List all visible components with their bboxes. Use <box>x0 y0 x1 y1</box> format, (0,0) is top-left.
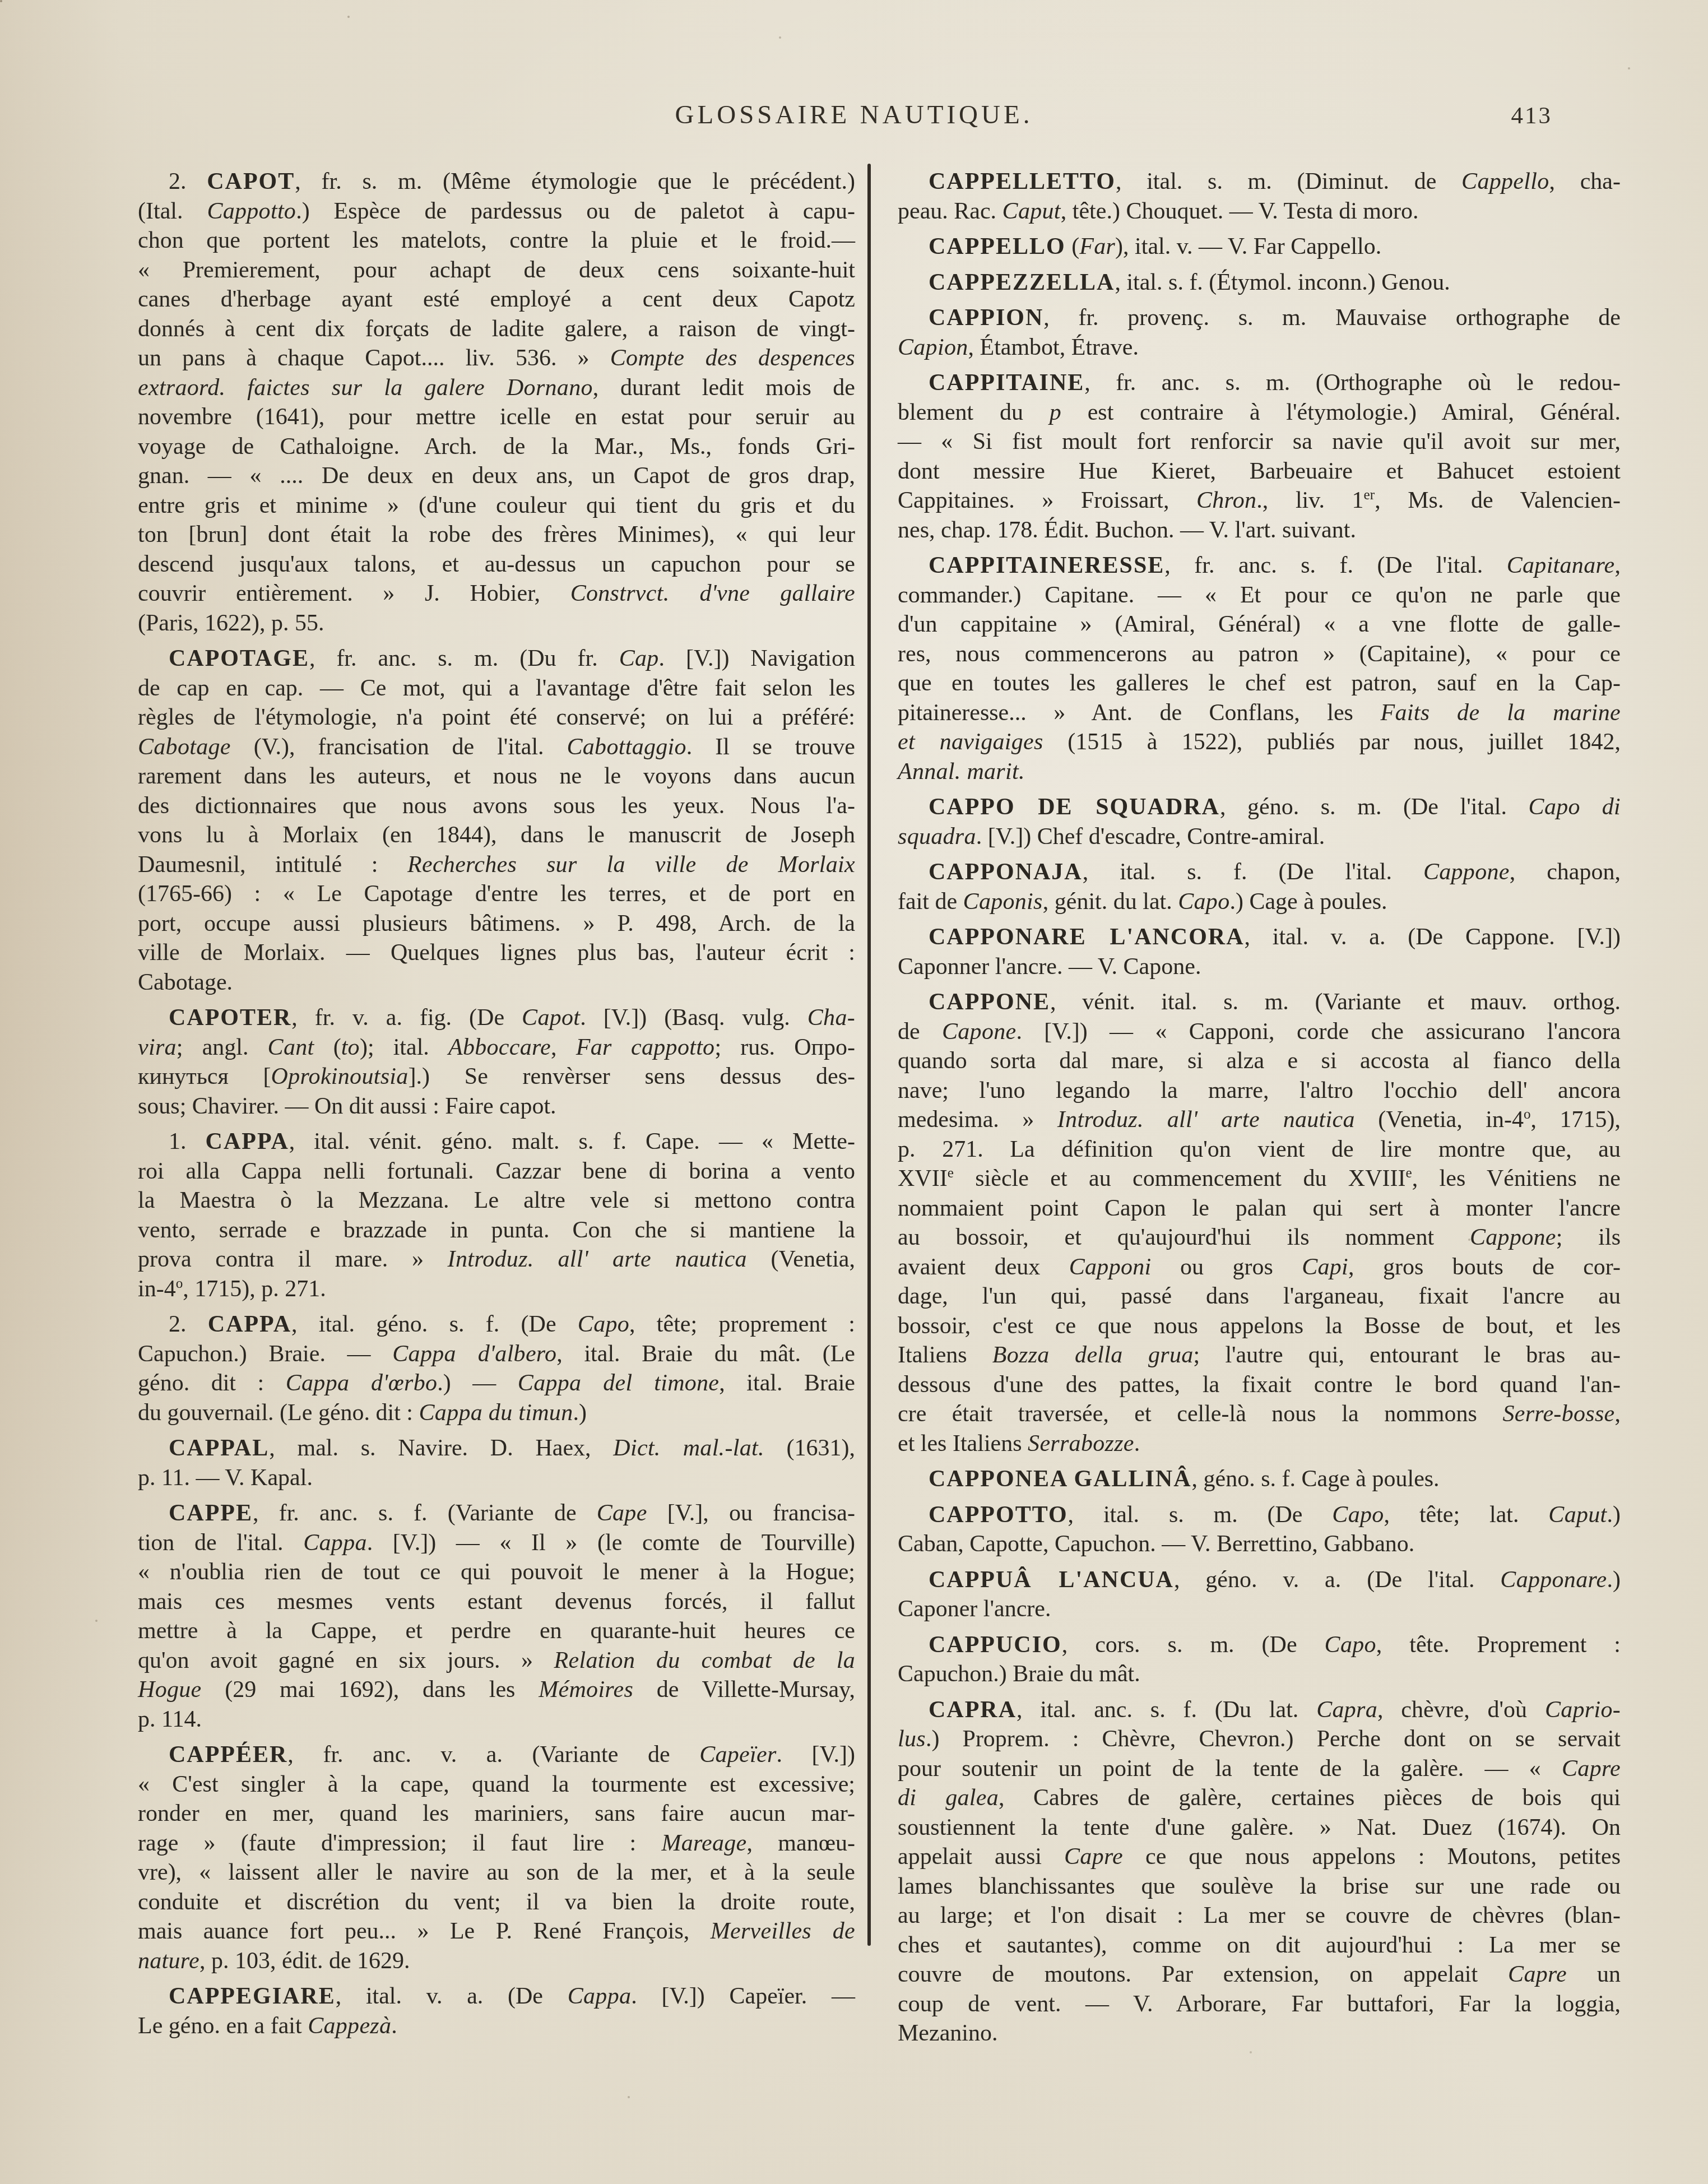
text-line: commander.) Capitane. — « Et pour ce qu'… <box>898 581 1621 610</box>
text-line: « n'oublia rien de tout ce qui pouvoit l… <box>138 1557 855 1587</box>
text-line: CAPPELLETTO, ital. s. m. (Diminut. de Ca… <box>898 167 1621 197</box>
text-line: mais auance fort peu... » Le P. René Fra… <box>138 1917 855 1946</box>
glossary-entry: CAPPUÂ L'ANCUA, géno. v. a. (De l'ital. … <box>898 1565 1621 1624</box>
text-line: mais ces mesmes vents estant devenus for… <box>138 1587 855 1617</box>
text-line: CAPPONAJA, ital. s. f. (De l'ital. Cappo… <box>898 857 1621 887</box>
text-line: voyage de Cathaloigne. Arch. de la Mar.,… <box>138 432 855 462</box>
text-line: de Capone. [V.]) — « Capponi, corde che … <box>898 1017 1621 1047</box>
text-line: CAPPAL, mal. s. Navire. D. Haex, Dict. m… <box>138 1434 855 1463</box>
glossary-entry: CAPPEZZELLA, ital. s. f. (Étymol. inconn… <box>898 268 1621 298</box>
text-line: Cabotage (V.), francisation de l'ital. C… <box>138 732 855 762</box>
glossary-entry: CAPOTAGE, fr. anc. s. m. (Du fr. Cap. [V… <box>138 644 855 997</box>
text-line: CAPPÉER, fr. anc. v. a. (Variante de Cap… <box>138 1740 855 1770</box>
text-line: Hogue (29 mai 1692), dans les Mémoires d… <box>138 1675 855 1705</box>
text-line: Capion, Étambot, Étrave. <box>898 333 1621 363</box>
text-line: CAPPITAINERESSE, fr. anc. s. f. (De l'it… <box>898 551 1621 581</box>
text-line: CAPPELLO (Far), ital. v. — V. Far Cappel… <box>898 232 1621 262</box>
text-line: ton [brun] dont était la robe des frères… <box>138 520 855 550</box>
text-line: CAPPITAINE, fr. anc. s. m. (Orthographe … <box>898 368 1621 398</box>
glossary-entry: CAPPION, fr. provenç. s. m. Mauvaise ort… <box>898 303 1621 362</box>
text-line: res, nous commencerons au patron » (Capi… <box>898 639 1621 669</box>
text-line: du gouvernail. (Le géno. dit : Cappa du … <box>138 1398 855 1428</box>
glossary-entry: CAPPONARE L'ANCORA, ital. v. a. (De Capp… <box>898 922 1621 981</box>
text-line: CAPOTER, fr. v. a. fig. (De Capot. [V.])… <box>138 1003 855 1033</box>
text-line: prova contra il mare. » Introduz. all' a… <box>138 1245 855 1274</box>
text-line: nave; l'uno legando la marre, l'altro l'… <box>898 1076 1621 1106</box>
text-line: entre gris et minime » (d'une couleur qu… <box>138 491 855 521</box>
text-line: Daumesnil, intitulé : Recherches sur la … <box>138 850 855 880</box>
glossary-entry: CAPPUCIO, cors. s. m. (De Capo, tête. Pr… <box>898 1630 1621 1689</box>
text-line: p. 114. <box>138 1705 855 1735</box>
scanned-book-page: GLOSSAIRE NAUTIQUE. 413 2. CAPOT, fr. s.… <box>0 0 1708 2184</box>
glossary-entry: 2. CAPOT, fr. s. m. (Même étymologie que… <box>138 167 855 638</box>
text-line: (1765-66) : « Le Capotage d'entre les te… <box>138 879 855 909</box>
text-line: 2. CAPOT, fr. s. m. (Même étymologie que… <box>138 167 855 197</box>
text-line: Caponner l'ancre. — V. Capone. <box>898 952 1621 982</box>
text-line: 2. CAPPA, ital. géno. s. f. (De Capo, tê… <box>138 1310 855 1339</box>
text-line: conduite et discrétion du vent; il va bi… <box>138 1888 855 1917</box>
text-line: Italiens Bozza della grua; l'autre qui, … <box>898 1341 1621 1370</box>
column-left: 2. CAPOT, fr. s. m. (Même étymologie que… <box>138 167 855 2047</box>
running-head: GLOSSAIRE NAUTIQUE. <box>13 100 1695 130</box>
text-line: nommaient point Capon le palan qui sert … <box>898 1194 1621 1223</box>
text-line: au large; et l'on disait : La mer se cou… <box>898 1901 1621 1931</box>
glossary-entry: 2. CAPPA, ital. géno. s. f. (De Capo, tê… <box>138 1310 855 1427</box>
text-line: (Paris, 1622), p. 55. <box>138 609 855 638</box>
text-line: vons lu à Morlaix (en 1844), dans le man… <box>138 820 855 850</box>
glossary-entry: CAPPEGIARE, ital. v. a. (De Cappa. [V.])… <box>138 1982 855 2041</box>
text-line: vre), « laissent aller le navire au son … <box>138 1858 855 1888</box>
text-line: port, occupe aussi plusieurs bâtimens. »… <box>138 909 855 939</box>
text-line: couvre de moutons. Par extension, on app… <box>898 1960 1621 1990</box>
page-number: 413 <box>1457 102 1552 129</box>
text-line: pitaineresse... » Ant. de Conflans, les … <box>898 698 1621 728</box>
text-line: géno. dit : Cappa d'œrbo.) — Cappa del t… <box>138 1369 855 1398</box>
text-line: CAPPONE, vénit. ital. s. m. (Variante et… <box>898 987 1621 1017</box>
text-line: Caban, Capotte, Capuchon. — V. Berrettin… <box>898 1529 1621 1559</box>
text-line: di galea, Cabres de galère, certaines pi… <box>898 1783 1621 1813</box>
glossary-entry: CAPPITAINERESSE, fr. anc. s. f. (De l'it… <box>898 551 1621 786</box>
text-line: « C'est singler à la cape, quand la tour… <box>138 1770 855 1800</box>
text-line: sous; Chavirer. — On dit aussi : Faire c… <box>138 1092 855 1121</box>
text-line: CAPPION, fr. provenç. s. m. Mauvaise ort… <box>898 303 1621 333</box>
text-line: ronder en mer, quand les mariniers, sans… <box>138 1799 855 1829</box>
text-line: donnés à cent dix forçats de ladite gale… <box>138 314 855 344</box>
text-line: appelait aussi Capre ce que nous appelon… <box>898 1842 1621 1872</box>
text-line: fait de Caponis, génit. du lat. Capo.) C… <box>898 887 1621 917</box>
glossary-entry: CAPPITAINE, fr. anc. s. m. (Orthographe … <box>898 368 1621 545</box>
text-line: nes, chap. 178. Édit. Buchon. — V. l'art… <box>898 516 1621 545</box>
text-line: CAPRA, ital. anc. s. f. (Du lat. Capra, … <box>898 1695 1621 1725</box>
text-line: p. 271. La définition qu'on vient de lir… <box>898 1135 1621 1165</box>
glossary-entry: 1. CAPPA, ital. vénit. géno. malt. s. f.… <box>138 1127 855 1304</box>
glossary-entry: CAPPONE, vénit. ital. s. m. (Variante et… <box>898 987 1621 1458</box>
text-line: CAPPONARE L'ANCORA, ital. v. a. (De Capp… <box>898 922 1621 952</box>
text-line: que en toutes les galleres le chef est p… <box>898 669 1621 698</box>
text-line: Caponer l'ancre. <box>898 1594 1621 1624</box>
text-line: rarement dans les auteurs, et nous ne le… <box>138 762 855 791</box>
text-line: p. 11. — V. Kapal. <box>138 1463 855 1493</box>
text-line: chon que portent les matelots, contre la… <box>138 226 855 256</box>
glossary-entry: CAPPE, fr. anc. s. f. (Variante de Cape … <box>138 1499 855 1734</box>
text-line: CAPOTAGE, fr. anc. s. m. (Du fr. Cap. [V… <box>138 644 855 674</box>
column-right: CAPPELLETTO, ital. s. m. (Diminut. de Ca… <box>898 167 1621 2055</box>
text-line: de cap en cap. — Ce mot, qui a l'avantag… <box>138 674 855 703</box>
text-line: la Maestra ò la Mezzana. Le altre vele s… <box>138 1186 855 1216</box>
text-line: CAPPONEA GALLINÂ, géno. s. f. Cage à pou… <box>898 1464 1621 1494</box>
text-line: Cabotage. <box>138 968 855 998</box>
text-line: roi alla Cappa nelli fortunali. Cazzar b… <box>138 1157 855 1186</box>
text-line: peau. Rac. Caput, tête.) Chouquet. — V. … <box>898 197 1621 226</box>
glossary-entry: CAPPELLETTO, ital. s. m. (Diminut. de Ca… <box>898 167 1621 226</box>
glossary-entry: CAPPAL, mal. s. Navire. D. Haex, Dict. m… <box>138 1434 855 1492</box>
text-line: bossoir, c'est ce que nous appelons la B… <box>898 1311 1621 1341</box>
column-divider-rule <box>867 164 871 1946</box>
text-line: (Ital. Cappotto.) Espèce de pardessus ou… <box>138 197 855 226</box>
text-line: vento, serrade e brazzade in punta. Con … <box>138 1216 855 1245</box>
glossary-entry: CAPOTER, fr. v. a. fig. (De Capot. [V.])… <box>138 1003 855 1121</box>
text-line: CAPPEZZELLA, ital. s. f. (Étymol. inconn… <box>898 268 1621 298</box>
text-line: rage » (faute d'impression; il faut lire… <box>138 1829 855 1858</box>
text-line: vira; angl. Cant (to); ital. Abboccare, … <box>138 1033 855 1063</box>
text-line: — « Si fist moult fort renforcir sa navi… <box>898 427 1621 457</box>
text-line: tion de l'ital. Cappa. [V.]) — « Il » (l… <box>138 1528 855 1558</box>
text-line: d'un cappitaine » (Amiral, Général) « a … <box>898 610 1621 639</box>
text-line: dage, l'un qui, passé dans l'arganeau, f… <box>898 1282 1621 1311</box>
text-line: au bossoir, et qu'aujourd'hui ils nommen… <box>898 1223 1621 1253</box>
text-line: XVIIe siècle et au commencement du XVIII… <box>898 1164 1621 1194</box>
text-line: « Premierement, pour achapt de deux cens… <box>138 256 855 285</box>
text-line: pour soutenir un point de la tente de la… <box>898 1754 1621 1784</box>
text-line: coup de vent. — V. Arborare, Far buttafo… <box>898 1990 1621 2019</box>
text-line: gnan. — « .... De deux en deux ans, un C… <box>138 461 855 491</box>
text-line: CAPPUCIO, cors. s. m. (De Capo, tête. Pr… <box>898 1630 1621 1660</box>
text-line: in-4o, 1715), p. 271. <box>138 1274 855 1304</box>
text-line: 1. CAPPA, ital. vénit. géno. malt. s. f.… <box>138 1127 855 1157</box>
glossary-entry: CAPRA, ital. anc. s. f. (Du lat. Capra, … <box>898 1695 1621 2048</box>
text-line: descend jusqu'aux talons, et au-dessus u… <box>138 550 855 579</box>
text-line: Annal. marit. <box>898 757 1621 787</box>
text-line: et les Italiens Serrabozze. <box>898 1429 1621 1459</box>
text-line: nature, p. 103, édit. de 1629. <box>138 1946 855 1976</box>
text-line: dont messire Hue Kieret, Barbeuaire et B… <box>898 457 1621 486</box>
text-line: et navigaiges (1515 à 1522), publiés par… <box>898 727 1621 757</box>
text-line: Le géno. en a fait Cappezà. <box>138 2011 855 2041</box>
text-line: des dictionnaires que nous avons sous le… <box>138 791 855 821</box>
text-line: medesima. » Introduz. all' arte nautica … <box>898 1105 1621 1135</box>
text-line: blement du p est contraire à l'étymologi… <box>898 398 1621 428</box>
text-line: mettre à la Cappe, et perdre en quarante… <box>138 1616 855 1646</box>
text-line: lus.) Proprem. : Chèvre, Chevron.) Perch… <box>898 1724 1621 1754</box>
text-line: ches et sautantes), comme on dit aujourd… <box>898 1931 1621 1960</box>
text-line: un pans à chaque Capot.... liv. 536. » C… <box>138 344 855 373</box>
text-line: couvrir entièrement. » J. Hobier, Constr… <box>138 579 855 609</box>
text-line: novembre (1641), pour mettre icelle en e… <box>138 402 855 432</box>
text-line: Capuchon.) Braie du mât. <box>898 1659 1621 1689</box>
text-line: quando sorta dal mare, si alza e si acco… <box>898 1046 1621 1076</box>
text-line: CAPPO DE SQUADRA, géno. s. m. (De l'ital… <box>898 792 1621 822</box>
text-line: Capuchon.) Braie. — Cappa d'albero, ital… <box>138 1339 855 1369</box>
text-line: cre était traversée, et celle-là nous la… <box>898 1399 1621 1429</box>
paper-specks <box>0 0 2 2</box>
text-line: lames blanchissantes que soulève la bris… <box>898 1872 1621 1902</box>
text-line: soustiennent la tente d'une galère. » Na… <box>898 1813 1621 1843</box>
glossary-entry: CAPPOTTO, ital. s. m. (De Capo, tête; la… <box>898 1500 1621 1559</box>
text-line: ville de Morlaix. — Quelques lignes plus… <box>138 938 855 968</box>
text-line: CAPPEGIARE, ital. v. a. (De Cappa. [V.])… <box>138 1982 855 2011</box>
text-line: extraord. faictes sur la galere Dornano,… <box>138 373 855 403</box>
text-line: dessous d'une des pattes, la fixait cont… <box>898 1370 1621 1400</box>
text-line: canes d'herbage ayant esté employé a cen… <box>138 285 855 314</box>
text-line: Mezanino. <box>898 2019 1621 2048</box>
glossary-entry: CAPPELLO (Far), ital. v. — V. Far Cappel… <box>898 232 1621 262</box>
text-line: кинуться [Oprokinoutsia].) Se renvèrser … <box>138 1062 855 1092</box>
text-line: Cappitaines. » Froissart, Chron., liv. 1… <box>898 486 1621 516</box>
text-line: avaient deux Capponi ou gros Capi, gros … <box>898 1253 1621 1282</box>
text-line: CAPPUÂ L'ANCUA, géno. v. a. (De l'ital. … <box>898 1565 1621 1595</box>
text-line: CAPPE, fr. anc. s. f. (Variante de Cape … <box>138 1499 855 1528</box>
text-line: règles de l'étymologie, n'a point été co… <box>138 703 855 732</box>
glossary-entry: CAPPONAJA, ital. s. f. (De l'ital. Cappo… <box>898 857 1621 916</box>
glossary-entry: CAPPÉER, fr. anc. v. a. (Variante de Cap… <box>138 1740 855 1976</box>
text-line: squadra. [V.]) Chef d'escadre, Contre-am… <box>898 822 1621 852</box>
text-line: CAPPOTTO, ital. s. m. (De Capo, tête; la… <box>898 1500 1621 1530</box>
glossary-entry: CAPPONEA GALLINÂ, géno. s. f. Cage à pou… <box>898 1464 1621 1494</box>
text-line: qu'on avoit gagné en six jours. » Relati… <box>138 1646 855 1676</box>
glossary-entry: CAPPO DE SQUADRA, géno. s. m. (De l'ital… <box>898 792 1621 851</box>
